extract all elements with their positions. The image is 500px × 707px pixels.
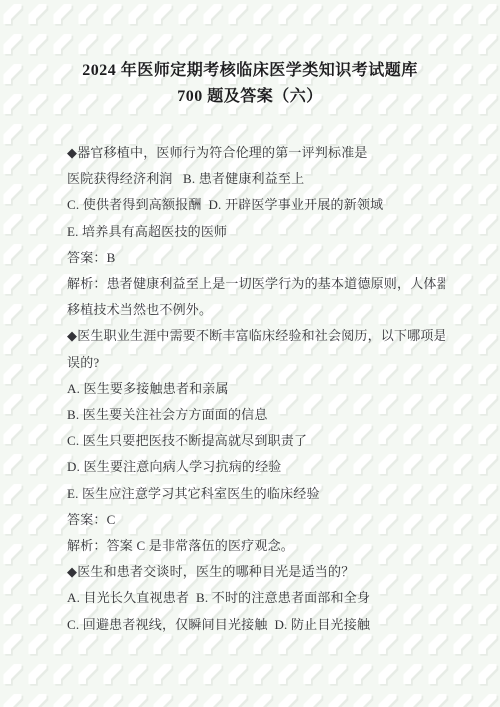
document-body: ◆器官移植中，医师行为符合伦理的第一评判标准是 医院获得经济利润 B. 患者健康…: [67, 140, 445, 638]
option-line: D. 医生要注意向病人学习抗病的经验: [67, 454, 445, 480]
question-line: ◆医生职业生涯中需要不断丰富临床经验和社会阅历，以下哪项是错: [67, 323, 445, 349]
option-line: C. 回避患者视线，仅瞬间目光接触 D. 防止目光接触: [67, 612, 445, 638]
analysis-line: 解析：答案 C 是非常落伍的医疗观念。: [67, 533, 445, 559]
option-line: E. 医生应注意学习其它科室医生的临床经验: [67, 481, 445, 507]
option-line: 医院获得经济利润 B. 患者健康利益至上: [67, 166, 445, 192]
answer-line: 答案：B: [67, 245, 445, 271]
option-line: C. 使供者得到高额报酬 D. 开辟医学事业开展的新领域: [67, 192, 445, 218]
document-title-line1: 2024 年医师定期考核临床医学类知识考试题库: [0, 58, 500, 84]
document-title: 2024 年医师定期考核临床医学类知识考试题库 700 题及答案（六）: [0, 58, 500, 110]
document-title-line2: 700 题及答案（六）: [0, 84, 500, 110]
document-content: 2024 年医师定期考核临床医学类知识考试题库 700 题及答案（六） ◆器官移…: [0, 58, 500, 638]
question-line: ◆医生和患者交谈时，医生的哪种目光是适当的？: [67, 559, 445, 585]
option-line: E. 培养具有高超医技的医师: [67, 219, 445, 245]
document-page: 2024 年医师定期考核临床医学类知识考试题库 700 题及答案（六） ◆器官移…: [0, 0, 500, 707]
question-line: 误的?: [67, 350, 445, 376]
analysis-line: 移植技术当然也不例外。: [67, 297, 445, 323]
question-line: ◆器官移植中，医师行为符合伦理的第一评判标准是: [67, 140, 445, 166]
option-line: A. 医生要多接触患者和亲属: [67, 376, 445, 402]
option-line: C. 医生只要把医技不断提高就尽到职责了: [67, 428, 445, 454]
answer-line: 答案：C: [67, 507, 445, 533]
option-line: B. 医生要关注社会方方面面的信息: [67, 402, 445, 428]
analysis-line: 解析：患者健康利益至上是一切医学行为的基本道德原则，人体器官: [67, 271, 445, 297]
option-line: A. 目光长久直视患者 B. 不时的注意患者面部和全身: [67, 585, 445, 611]
